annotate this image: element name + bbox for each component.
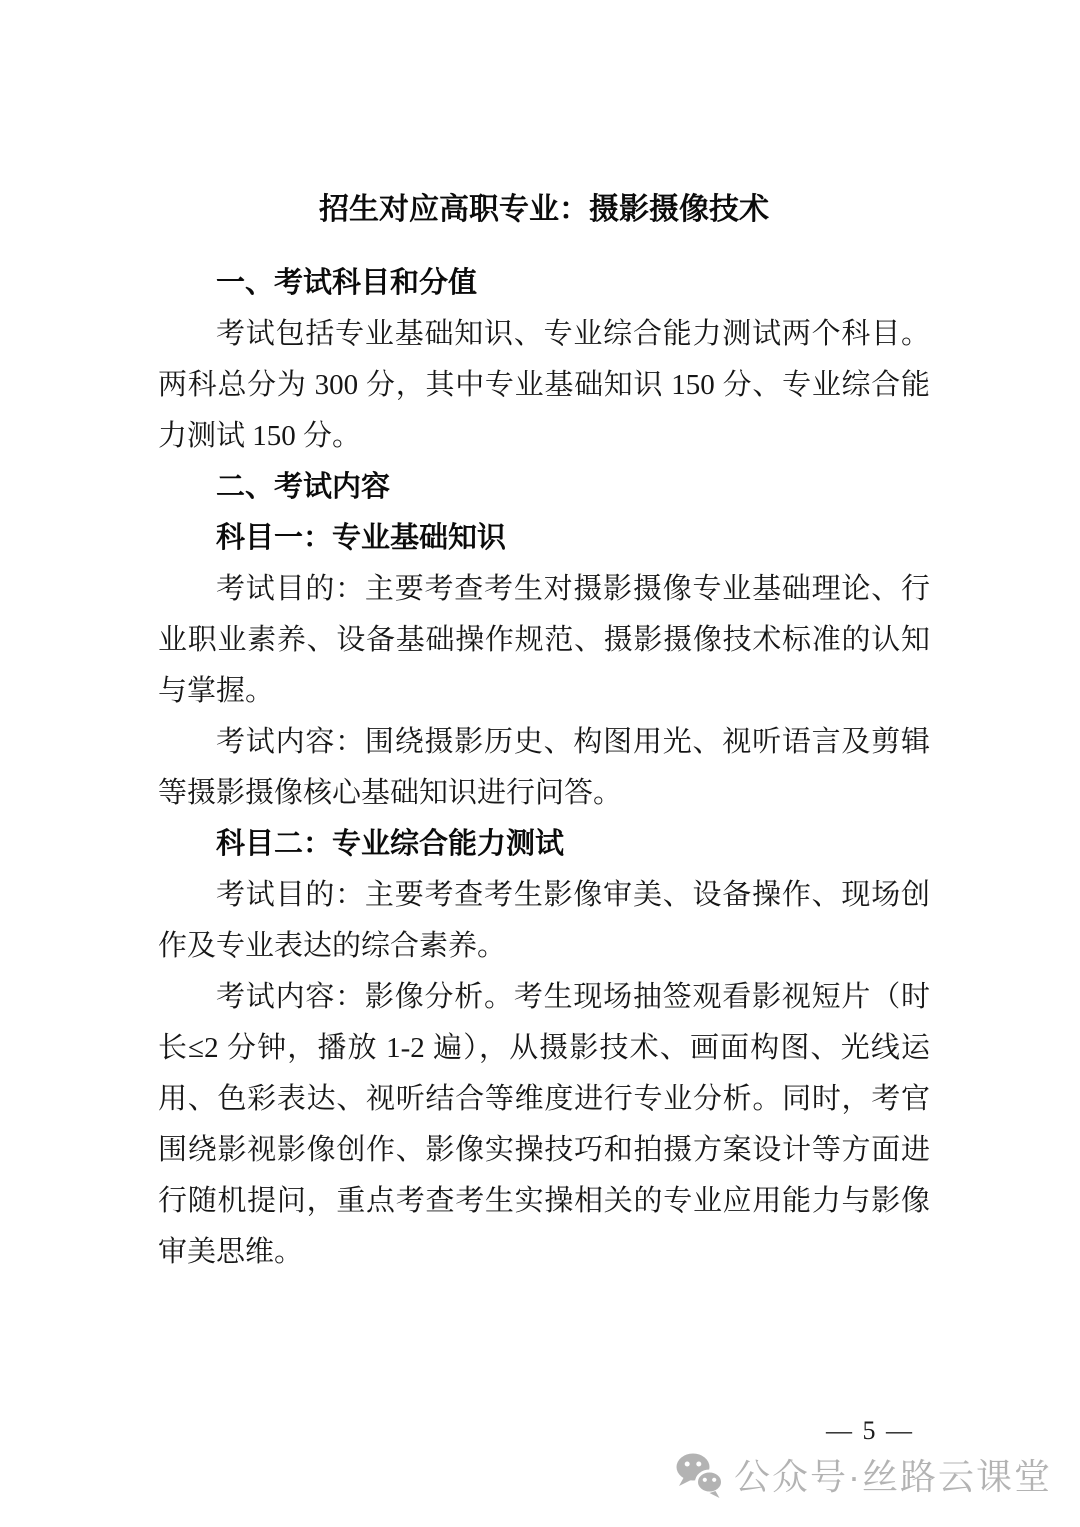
section-heading-exam-content: 二、考试内容: [158, 462, 930, 513]
section-heading-exam-subjects: 一、考试科目和分值: [158, 258, 930, 309]
document-title: 招生对应高职专业：摄影摄像技术: [158, 190, 930, 230]
document-text-block: 招生对应高职专业：摄影摄像技术 一、考试科目和分值 考试包括专业基础知识、专业综…: [158, 190, 930, 1278]
watermark: 公众号·丝路云课堂: [675, 1452, 1052, 1502]
body-paragraph-subject-two-purpose: 考试目的：主要考查考生影像审美、设备操作、现场创作及专业表达的综合素养。: [158, 870, 930, 972]
body-paragraph-subjects-scores: 考试包括专业基础知识、专业综合能力测试两个科目。两科总分为 300 分，其中专业…: [158, 309, 930, 462]
sub-heading-subject-one: 科目一：专业基础知识: [158, 513, 930, 564]
wechat-icon: [675, 1452, 725, 1502]
body-paragraph-subject-one-content: 考试内容：围绕摄影历史、构图用光、视听语言及剪辑等摄影摄像核心基础知识进行问答。: [158, 717, 930, 819]
watermark-text: 公众号·丝路云课堂: [734, 1455, 1052, 1499]
page-number: — 5 —: [826, 1416, 914, 1446]
sub-heading-subject-two: 科目二：专业综合能力测试: [158, 819, 930, 870]
body-paragraph-subject-two-content: 考试内容：影像分析。考生现场抽签观看影视短片（时长≤2 分钟，播放 1-2 遍）…: [158, 972, 930, 1278]
document-page: 招生对应高职专业：摄影摄像技术 一、考试科目和分值 考试包括专业基础知识、专业综…: [0, 0, 1080, 1527]
body-paragraph-subject-one-purpose: 考试目的：主要考查考生对摄影摄像专业基础理论、行业职业素养、设备基础操作规范、摄…: [158, 564, 930, 717]
